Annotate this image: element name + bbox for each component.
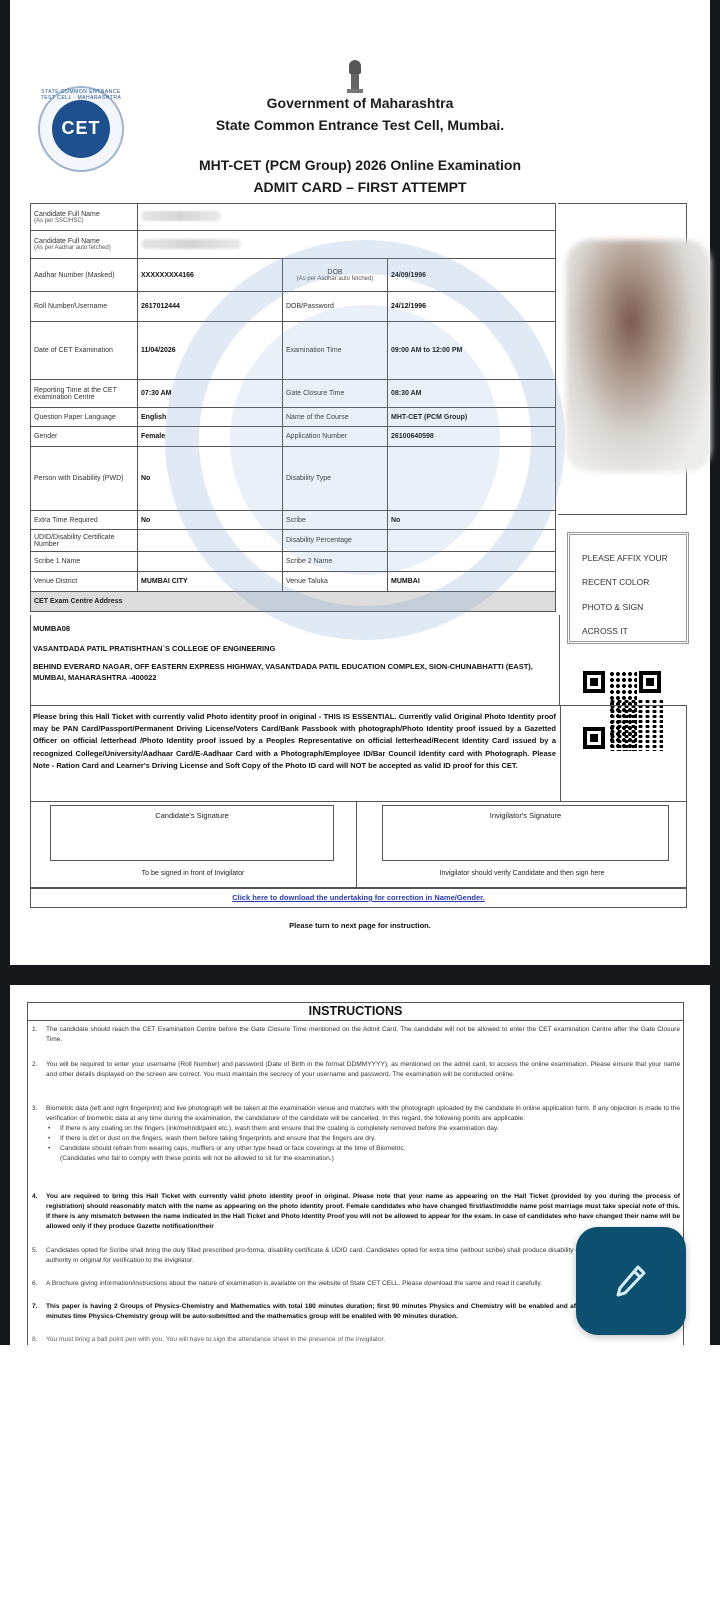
value-pwd: No (138, 447, 283, 511)
candidate-signature-note: To be signed in front of Invigilator (30, 870, 356, 877)
label-name-aadhar: Candidate Full Name(As per Aadhar auto f… (31, 231, 138, 259)
pencil-edit-icon (615, 1264, 647, 1298)
table-row: Venue District MUMBAI CITY Venue Taluka … (31, 572, 556, 592)
value-exam-date: 11/04/2026 (138, 322, 283, 380)
affix-photo-box: PLEASE AFFIX YOUR RECENT COLOR PHOTO & S… (567, 532, 689, 644)
turn-page-note: Please turn to next page for instruction… (0, 921, 720, 930)
label-extra-time: Extra Time Required (31, 511, 138, 530)
label-scribe1: Scribe 1 Name (31, 552, 138, 572)
value-reporting-time: 07:30 AM (138, 380, 283, 408)
instruction-item-4: 4.You are required to bring this Hall Ti… (32, 1192, 680, 1232)
label-dob-password: DOB/Password (283, 292, 388, 322)
centre-address: BEHIND EVERARD NAGAR, OFF EASTERN EXPRES… (33, 661, 553, 683)
candidate-details-table: Candidate Full Name(As per SSC/HSC) Cand… (30, 203, 556, 612)
table-row: Reporting Time at the CET examination Ce… (31, 380, 556, 408)
label-exam-time: Examination Time (283, 322, 388, 380)
instruction-item-2: 2.You will be required to enter your use… (32, 1060, 680, 1080)
exam-title: MHT-CET (PCM Group) 2026 Online Examinat… (150, 157, 570, 173)
value-scribe: No (388, 511, 556, 530)
table-row: Scribe 1 Name Scribe 2 Name (31, 552, 556, 572)
candidate-signature-title: Candidate's Signature (50, 811, 334, 820)
value-dob-aadhar: 24/09/1996 (388, 259, 556, 292)
value-gate-closure: 08:30 AM (388, 380, 556, 408)
value-taluka: MUMBAI (388, 572, 556, 592)
label-centre-address: CET Exam Centre Address (31, 592, 556, 612)
viewer-frame-right (710, 0, 720, 985)
header-government: Government of Maharashtra (150, 95, 570, 111)
redacted-name (141, 211, 221, 221)
table-row: Aadhar Number (Masked) XXXXXXXX4166 DOB(… (31, 259, 556, 292)
label-dob-aadhar: DOB(As per Aadhar auto fetched) (283, 259, 388, 292)
value-name-aadhar (138, 231, 556, 259)
instruction-item-1: 1.The candidate should reach the CET Exa… (32, 1025, 680, 1045)
table-row: Person with Disability (PWD) No Disabili… (31, 447, 556, 511)
label-aadhar: Aadhar Number (Masked) (31, 259, 138, 292)
label-name-ssc: Candidate Full Name(As per SSC/HSC) (31, 204, 138, 231)
table-row: Candidate Full Name(As per Aadhar auto f… (31, 231, 556, 259)
table-row: Candidate Full Name(As per SSC/HSC) (31, 204, 556, 231)
table-row: CET Exam Centre Address (31, 592, 556, 612)
table-row: Gender Female Application Number 2610064… (31, 427, 556, 447)
value-aadhar: XXXXXXXX4166 (138, 259, 283, 292)
label-course: Name of the Course (283, 408, 388, 427)
viewer-frame-left (0, 0, 10, 985)
label-pwd: Person with Disability (PWD) (31, 447, 138, 511)
redacted-name (141, 239, 241, 249)
admit-card-title: ADMIT CARD – FIRST ATTEMPT (150, 179, 570, 195)
value-language: English (138, 408, 283, 427)
invigilator-signature-title: Invigilator's Signature (382, 811, 669, 820)
centre-address-box (30, 615, 560, 705)
label-taluka: Venue Taluka (283, 572, 388, 592)
edit-button[interactable] (576, 1227, 686, 1335)
value-dob-password: 24/12/1996 (388, 292, 556, 322)
table-row: Question Paper Language English Name of … (31, 408, 556, 427)
notice-divider (560, 705, 561, 802)
viewer-frame-left (0, 985, 10, 1345)
centre-name: VASANTDADA PATIL PRATISHTHAN`S COLLEGE O… (33, 644, 275, 653)
table-row: Extra Time Required No Scribe No (31, 511, 556, 530)
header-cell: State Common Entrance Test Cell, Mumbai. (150, 117, 570, 133)
value-application-number: 26100640598 (388, 427, 556, 447)
value-roll: 2617012444 (138, 292, 283, 322)
viewer-frame-right (710, 985, 720, 1345)
label-disability-type: Disability Type (283, 447, 388, 511)
table-row: Date of CET Examination 11/04/2026 Exami… (31, 322, 556, 380)
label-scribe2: Scribe 2 Name (283, 552, 388, 572)
logo-text: CET (52, 118, 110, 139)
download-undertaking-link[interactable]: Click here to download the undertaking f… (30, 893, 687, 902)
value-scribe1 (138, 552, 283, 572)
label-gate-closure: Gate Closure Time (283, 380, 388, 408)
label-exam-date: Date of CET Examination (31, 322, 138, 380)
value-scribe2 (388, 552, 556, 572)
affix-line-1: PLEASE AFFIX YOUR (582, 553, 668, 563)
value-disability-type (388, 447, 556, 511)
state-emblem-icon (345, 60, 365, 96)
value-district: MUMBAI CITY (138, 572, 283, 592)
label-disability-percentage: Disability Percentage (283, 530, 388, 552)
id-proof-notice: Please bring this Hall Ticket with curre… (33, 711, 556, 772)
label-roll: Roll Number/Username (31, 292, 138, 322)
candidate-photo-redacted (566, 240, 711, 472)
table-row: UDID/Disability Certificate Number Disab… (31, 530, 556, 552)
empty-area (0, 1345, 720, 1600)
label-udid: UDID/Disability Certificate Number (31, 530, 138, 552)
value-disability-percentage (388, 530, 556, 552)
affix-line-3: PHOTO & SIGN (582, 602, 643, 612)
label-district: Venue District (31, 572, 138, 592)
bullet: If there is any coating on the fingers (… (60, 1124, 680, 1134)
label-scribe: Scribe (283, 511, 388, 530)
affix-line-2: RECENT COLOR (582, 577, 649, 587)
bullet: Candidate should refrain from wearing ca… (60, 1144, 680, 1154)
label-language: Question Paper Language (31, 408, 138, 427)
instruction-item-8: 8.You must bring a ball point pen with y… (32, 1335, 680, 1343)
bullet: If there is dirt or dust on the fingers,… (60, 1134, 680, 1144)
value-extra-time: No (138, 511, 283, 530)
centre-code: MUMBA08 (33, 624, 70, 633)
instruction-item-3: 3.Biometric data (left and right fingerp… (32, 1104, 680, 1164)
invigilator-signature-note: Invigilator should verify Candidate and … (357, 870, 687, 877)
cet-logo: STATE COMMON ENTRANCE TEST CELL · MAHARA… (38, 86, 124, 172)
label-reporting-time: Reporting Time at the CET examination Ce… (31, 380, 138, 408)
value-gender: Female (138, 427, 283, 447)
value-course: MHT-CET (PCM Group) (388, 408, 556, 427)
value-name-ssc (138, 204, 556, 231)
affix-line-4: ACROSS IT (582, 626, 628, 636)
value-exam-time: 09:00 AM to 12:00 PM (388, 322, 556, 380)
label-gender: Gender (31, 427, 138, 447)
label-application-number: Application Number (283, 427, 388, 447)
page-separator (0, 965, 720, 985)
instructions-title: INSTRUCTIONS (27, 1004, 684, 1018)
bullet-note: (Candidates who fail to comply with thes… (60, 1154, 680, 1164)
table-row: Roll Number/Username 2617012444 DOB/Pass… (31, 292, 556, 322)
value-udid (138, 530, 283, 552)
